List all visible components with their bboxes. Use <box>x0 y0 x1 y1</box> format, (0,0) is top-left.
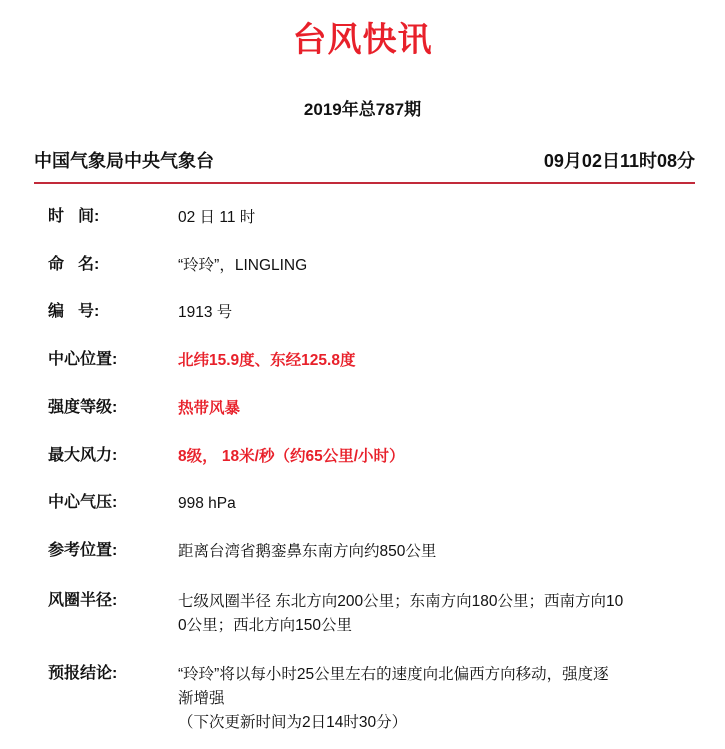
field-value: 热带风暴 <box>178 397 688 421</box>
field-label: 风圈半径: <box>48 590 158 612</box>
field-label: 编号: <box>48 301 158 323</box>
field-label: 最大风力: <box>48 445 158 467</box>
field-label: 命名: <box>48 254 158 276</box>
field-label: 参考位置: <box>48 540 158 562</box>
field-value: 北纬15.9度、东经125.8度 <box>178 349 688 373</box>
agency-name: 中国气象局中央气象台 <box>34 148 214 174</box>
field-label: 时间: <box>48 206 158 228</box>
field-value: 七级风圈半径 东北方向200公里；东南方向180公里；西南方向10 0公里；西北… <box>178 590 688 638</box>
field-value: 998 hPa <box>178 492 688 516</box>
issue-number: 2019年总787期 <box>0 98 725 122</box>
field-value: “玲玲”，LINGLING <box>178 254 688 278</box>
field-label: 中心位置: <box>48 349 158 371</box>
field-value: 8级， 18米/秒（约65公里/小时） <box>178 445 688 469</box>
field-label: 预报结论: <box>48 663 158 685</box>
field-label: 强度等级: <box>48 397 158 419</box>
bulletin-header: 中国气象局中央气象台 09月02日11时08分 <box>34 148 695 174</box>
field-value: 1913 号 <box>178 301 688 325</box>
publish-timestamp: 09月02日11时08分 <box>544 148 695 174</box>
bulletin-title: 台风快讯 <box>0 18 725 62</box>
field-value: 02 日 11 时 <box>178 206 688 230</box>
field-value: “玲玲”将以每小时25公里左右的速度向北偏西方向移动，强度逐 渐增强 （下次更新… <box>178 663 688 735</box>
field-label: 中心气压: <box>48 492 158 514</box>
header-divider <box>34 182 695 184</box>
field-value: 距离台湾省鹅銮鼻东南方向约850公里 <box>178 540 688 564</box>
